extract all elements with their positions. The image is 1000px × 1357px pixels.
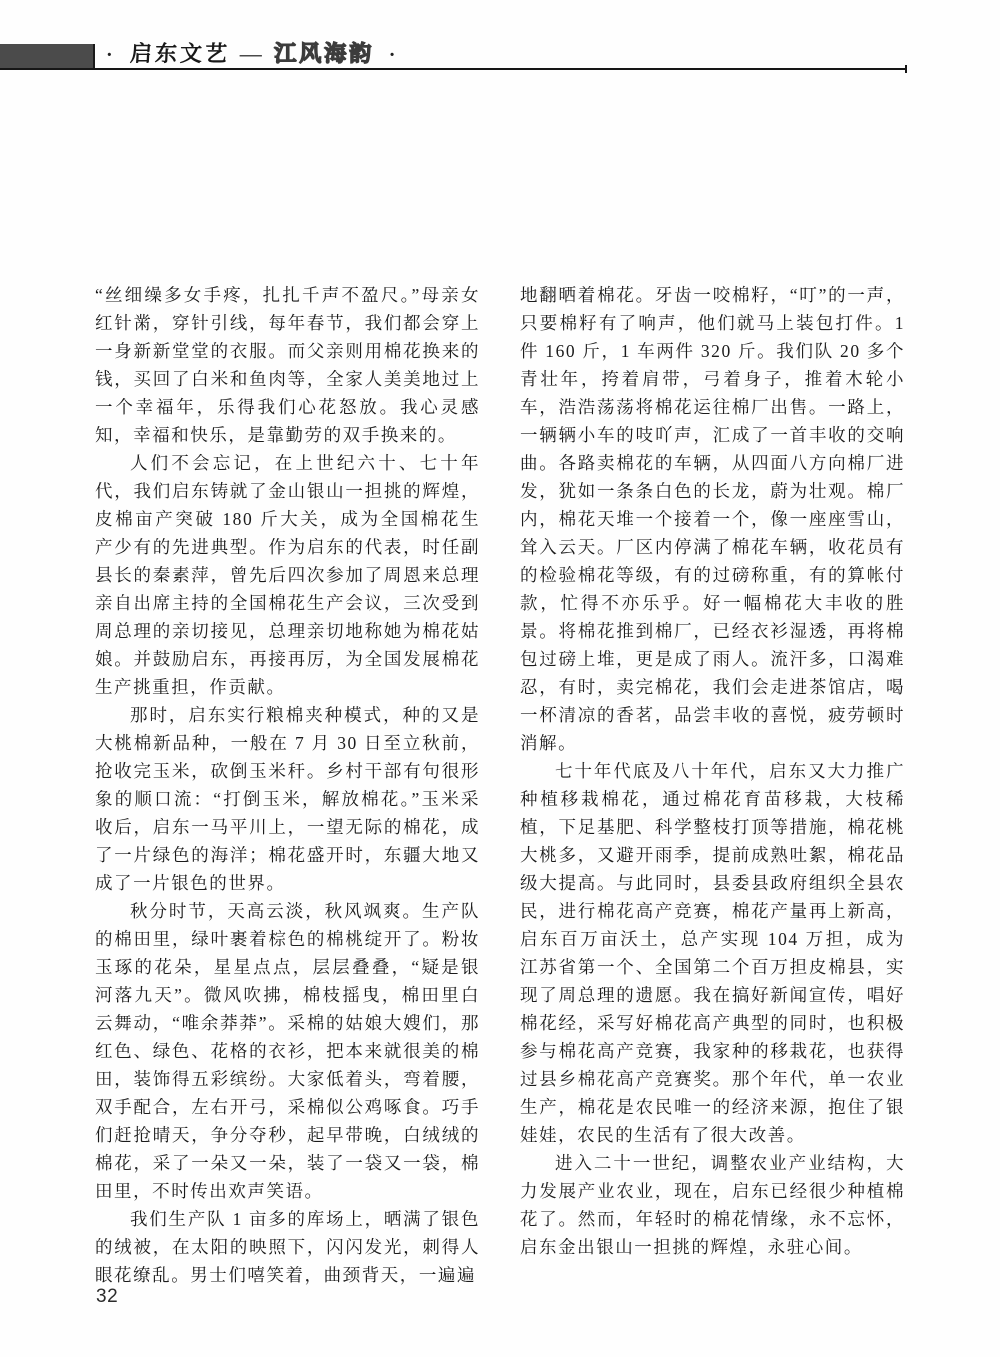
paragraph: 七十年代底及八十年代，启东又大力推广种植移栽棉花，通过棉花育苗移栽，大枝稀植，下… xyxy=(520,757,905,1149)
left-column: “丝细缲多女手疼，扎扎千声不盈尺。”母亲女红针黹，穿针引线，每年春节，我们都会穿… xyxy=(95,281,480,1289)
journal-title: · 启东文艺 — 江风海韵 · xyxy=(100,40,404,68)
paragraph: 进入二十一世纪，调整农业产业结构，大力发展产业农业，现在，启东已经很少种植棉花了… xyxy=(520,1149,905,1261)
paragraph: 人们不会忘记，在上世纪六十、七十年代，我们启东铸就了金山银山一担挑的辉煌，皮棉亩… xyxy=(95,449,480,701)
title-bullet-left: · xyxy=(106,44,116,66)
magazine-page: · 启东文艺 — 江风海韵 · “丝细缲多女手疼，扎扎千声不盈尺。”母亲女红针黹… xyxy=(0,0,1000,1357)
header-rule xyxy=(0,68,907,70)
header-corner-block xyxy=(0,44,95,68)
journal-title-main: 启东文艺 xyxy=(129,40,230,68)
right-column: 地翻晒着棉花。牙齿一咬棉籽，“叮”的一声，只要棉籽有了响声，他们就马上装包打件。… xyxy=(520,281,905,1289)
title-bullet-right: · xyxy=(389,44,399,66)
paragraph: 那时，启东实行粮棉夹种模式，种的又是大桃棉新品种，一般在 7 月 30 日至立秋… xyxy=(95,701,480,897)
paragraph-continuation: 地翻晒着棉花。牙齿一咬棉籽，“叮”的一声，只要棉籽有了响声，他们就马上装包打件。… xyxy=(520,281,905,757)
journal-title-dash: — xyxy=(240,41,265,66)
paragraph: 我们生产队 1 亩多的库场上，晒满了银色的绒被，在太阳的映照下，闪闪发光，刺得人… xyxy=(95,1205,480,1289)
header-rule-end-tick xyxy=(905,65,907,73)
article-body: “丝细缲多女手疼，扎扎千声不盈尺。”母亲女红针黹，穿针引线，每年春节，我们都会穿… xyxy=(95,281,905,1289)
paragraph: 秋分时节，天高云淡，秋风飒爽。生产队的棉田里，绿叶裹着棕色的棉桃绽开了。粉妆玉琢… xyxy=(95,897,480,1205)
paragraph-continuation: “丝细缲多女手疼，扎扎千声不盈尺。”母亲女红针黹，穿针引线，每年春节，我们都会穿… xyxy=(95,281,480,449)
page-number: 32 xyxy=(96,1286,118,1308)
journal-title-sub: 江风海韵 xyxy=(274,41,374,66)
